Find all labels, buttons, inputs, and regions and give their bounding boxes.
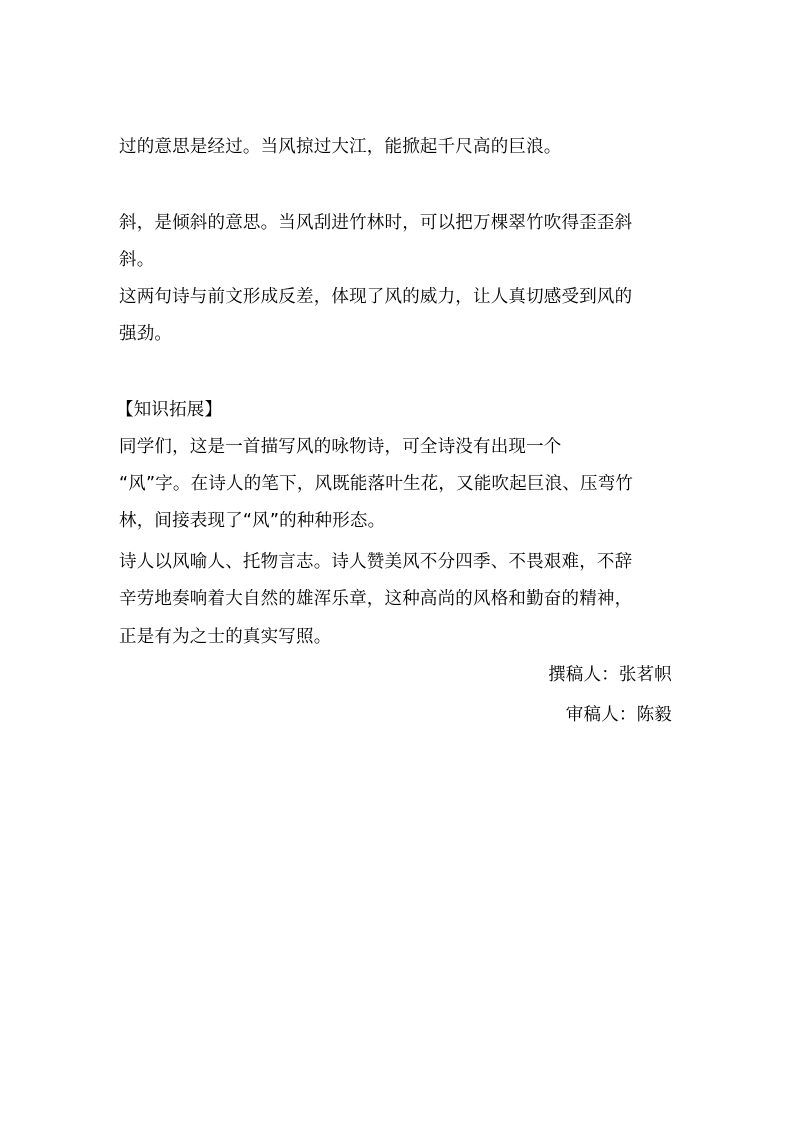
author-credit: 撰稿人：张茗帜 (548, 663, 672, 687)
paragraph-2-line-1: 斜，是倾斜的意思。当风刮进竹林时，可以把万棵翠竹吹得歪歪斜 (119, 211, 632, 235)
section-heading: 【知识拓展】 (116, 398, 222, 422)
section-line-5: 辛劳地奏响着大自然的雄浑乐章，这种高尚的风格和勤奋的精神， (119, 587, 632, 611)
paragraph-2-line-3: 这两句诗与前文形成反差，体现了风的威力，让人真切感受到风的 (119, 285, 632, 309)
section-line-3: 林，间接表现了“风”的种种形态。 (119, 509, 385, 533)
document-page: 过的意思是经过。当风掠过大江，能掀起千尺高的巨浪。 斜，是倾斜的意思。当风刮进竹… (0, 0, 793, 1123)
section-line-4: 诗人以风喻人、托物言志。诗人赞美风不分四季、不畏艰难，不辞 (119, 550, 632, 574)
reviewer-credit: 审稿人：陈毅 (566, 703, 672, 727)
section-line-6: 正是有为之士的真实写照。 (119, 625, 331, 649)
paragraph-2-line-4: 强劲。 (119, 322, 172, 346)
section-line-2: “风”字。在诗人的笔下，风既能落叶生花，又能吹起巨浪、压弯竹 (119, 472, 633, 496)
paragraph-1-line-1: 过的意思是经过。当风掠过大江，能掀起千尺高的巨浪。 (119, 135, 562, 159)
paragraph-2-line-2: 斜。 (119, 248, 154, 272)
section-line-1: 同学们，这是一首描写风的咏物诗，可全诗没有出现一个 (119, 435, 562, 459)
